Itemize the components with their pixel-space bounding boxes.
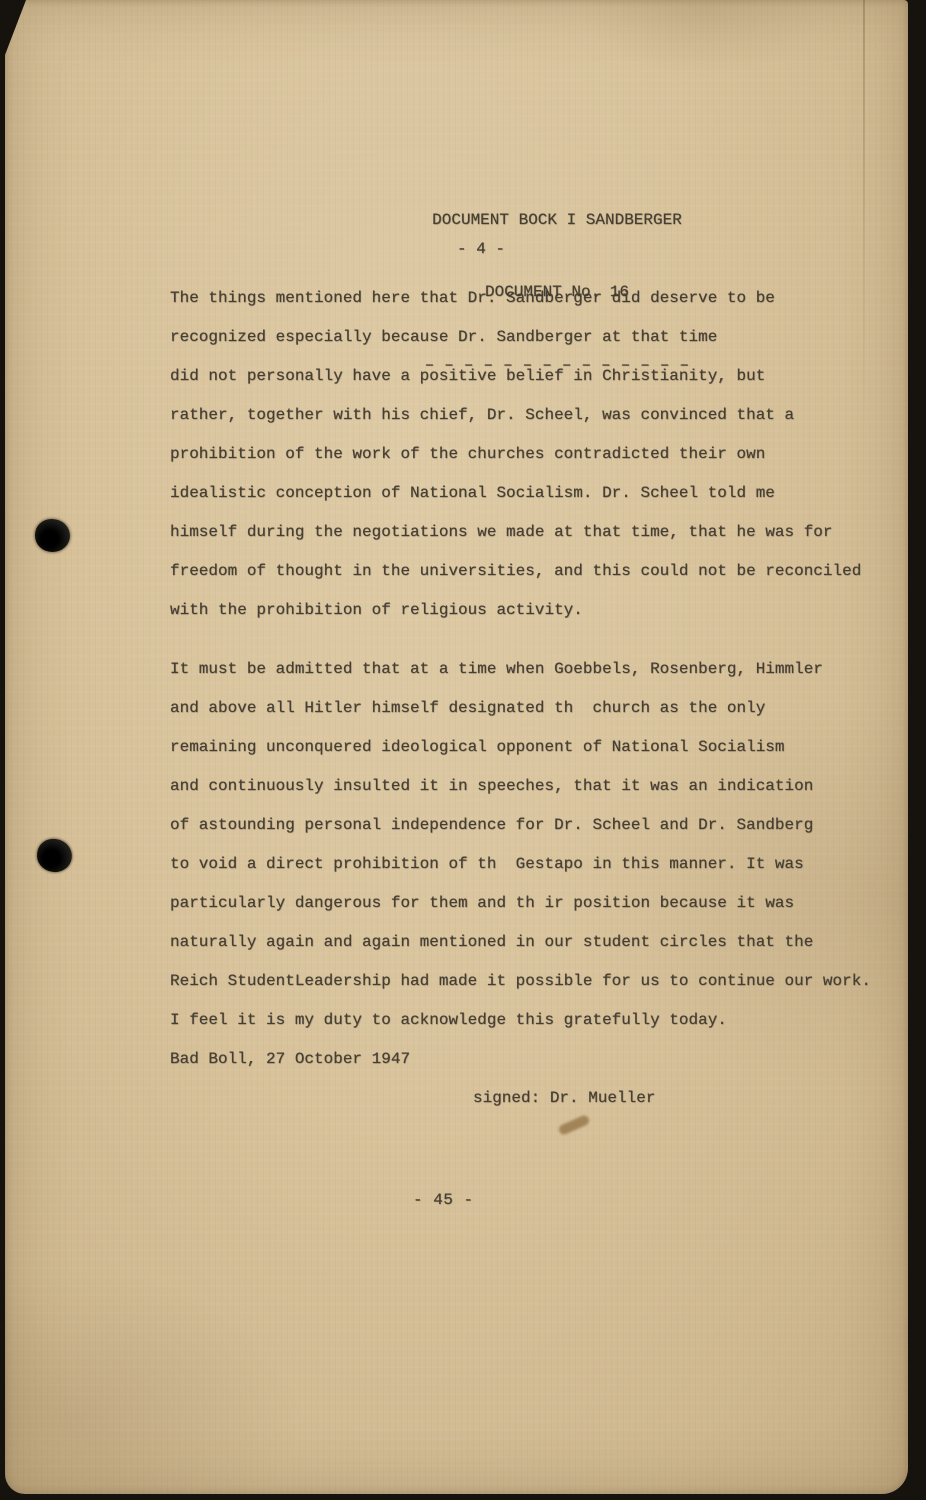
document-body: The things mentioned here that Dr. Sandb… (170, 279, 882, 1118)
body-line: recognized especially because Dr. Sandbe… (170, 318, 882, 357)
document-book-title: DOCUMENT BOCK I SANDBERGER (421, 208, 693, 232)
punch-hole (35, 519, 70, 552)
body-line: and continuously insulted it in speeches… (170, 767, 882, 806)
body-line: It must be admitted that at a time when … (170, 650, 882, 689)
body-line: with the prohibition of religious activi… (170, 591, 882, 630)
body-line: Reich StudentLeadership had made it poss… (170, 962, 882, 1001)
body-line: The things mentioned here that Dr. Sandb… (170, 279, 882, 318)
body-line: did not personally have a positive belie… (170, 357, 882, 396)
scanned-document-photo: DOCUMENT BOCK I SANDBERGER DOCUMENT No. … (0, 0, 926, 1500)
body-line: and above all Hitler himself designated … (170, 689, 882, 728)
body-line: himself during the negotiations we made … (170, 513, 882, 552)
body-line: I feel it is my duty to acknowledge this… (170, 1001, 882, 1040)
body-line: rather, together with his chief, Dr. Sch… (170, 396, 882, 435)
paragraph: It must be admitted that at a time when … (170, 650, 882, 1040)
dateline: Bad Boll, 27 October 1947 (170, 1040, 882, 1079)
paper-sheet: DOCUMENT BOCK I SANDBERGER DOCUMENT No. … (5, 0, 908, 1494)
body-line: to void a direct prohibition of th Gesta… (170, 845, 882, 884)
paragraph: The things mentioned here that Dr. Sandb… (170, 279, 882, 630)
signature-line: signed: Dr. Mueller (170, 1079, 882, 1118)
body-line: of astounding personal independence for … (170, 806, 882, 845)
body-line: naturally again and again mentioned in o… (170, 923, 882, 962)
punch-hole (35, 837, 74, 875)
page-number-top: - 4 - (457, 240, 505, 258)
body-line: prohibition of the work of the churches … (170, 435, 882, 474)
page-number-bottom: - 45 - (413, 1191, 474, 1209)
body-line: idealistic conception of National Social… (170, 474, 882, 513)
body-line: freedom of thought in the universities, … (170, 552, 882, 591)
body-line: remaining unconquered ideological oppone… (170, 728, 882, 767)
body-line: particularly dangerous for them and th i… (170, 884, 882, 923)
